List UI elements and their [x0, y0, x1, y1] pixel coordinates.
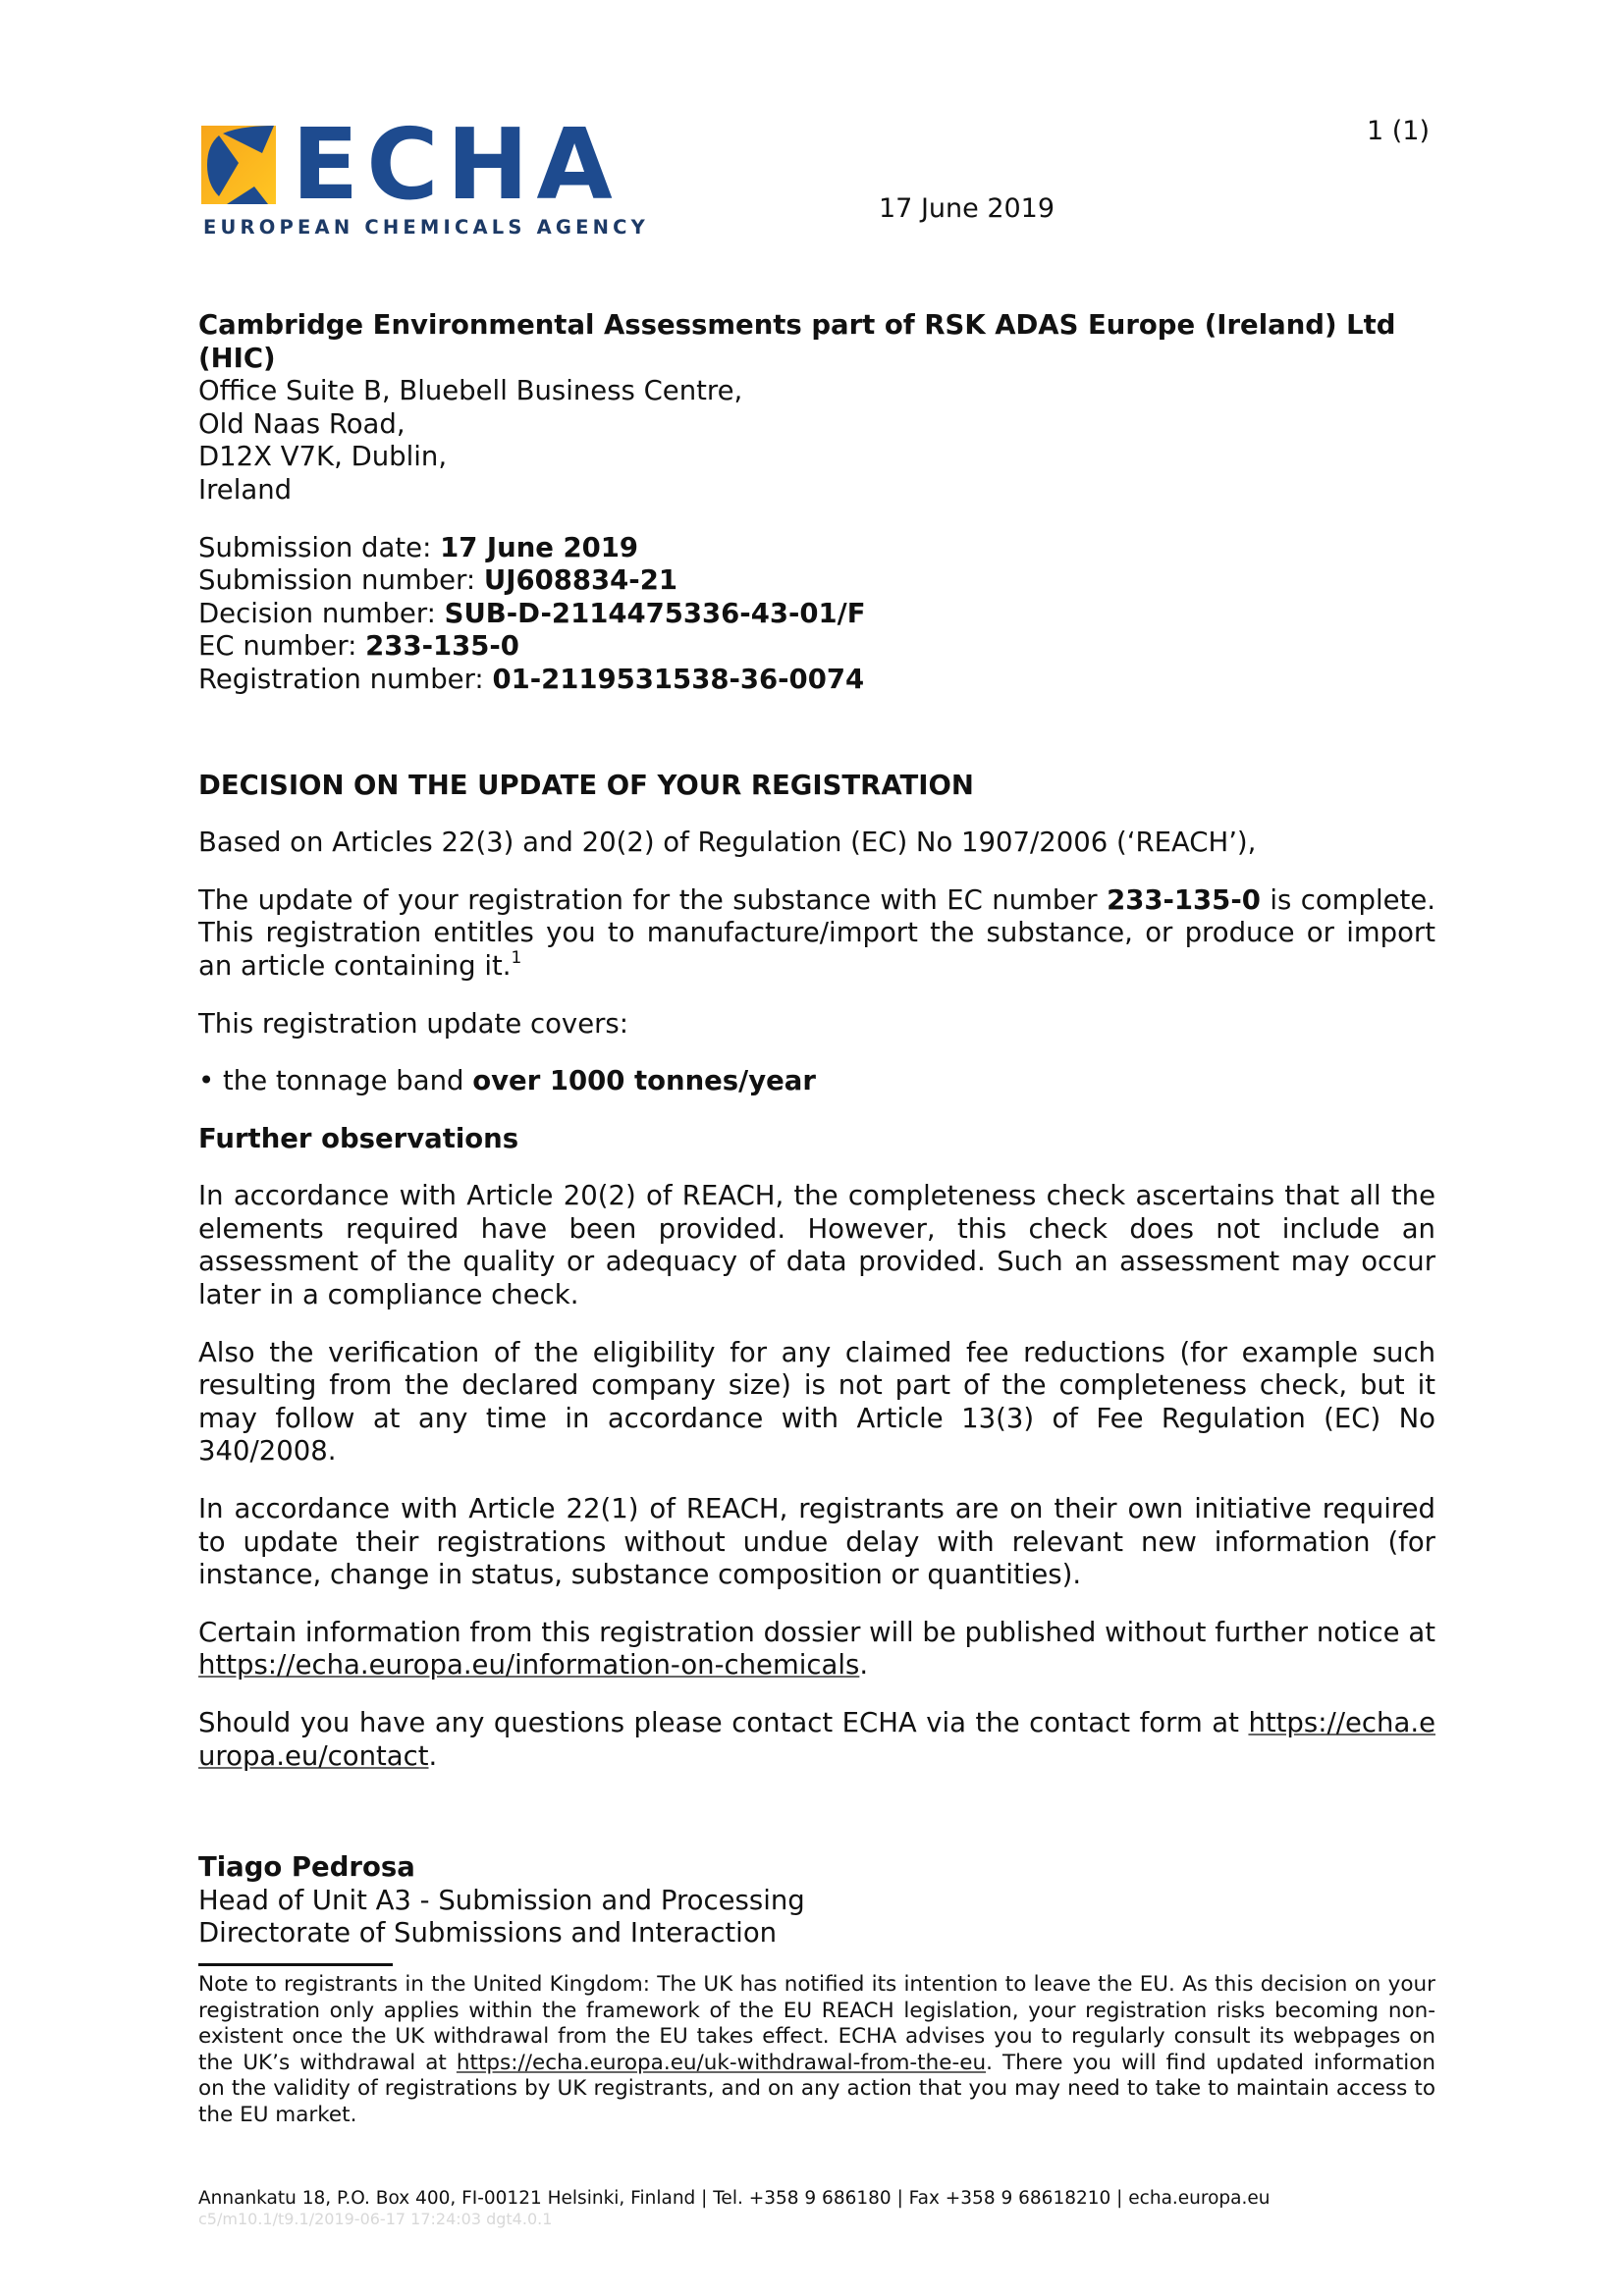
page-number: 1 (1): [1367, 116, 1430, 146]
detail-submission-number: Submission number: UJ608834-21: [198, 564, 1435, 598]
logo-subtitle: EUROPEAN CHEMICALS AGENCY: [203, 216, 649, 239]
address-line: D12X V7K, Dublin,: [198, 441, 1435, 474]
decision-title: DECISION ON THE UPDATE OF YOUR REGISTRAT…: [198, 770, 1435, 803]
detail-submission-date: Submission date: 17 June 2019: [198, 532, 1435, 565]
uk-withdrawal-link[interactable]: https://echa.europa.eu/uk-withdrawal-fro…: [457, 2051, 986, 2075]
footnote-reference[interactable]: 1: [512, 948, 522, 968]
covers-intro: This registration update covers:: [198, 1008, 1435, 1041]
observation-paragraph: In accordance with Article 22(1) of REAC…: [198, 1493, 1435, 1592]
footnote-uk: Note to registrants in the United Kingdo…: [198, 1972, 1435, 2129]
submission-details: Submission date: 17 June 2019 Submission…: [198, 532, 1435, 697]
address-line: Old Naas Road,: [198, 408, 1435, 442]
covers-item: • the tonnage band over 1000 tonnes/year: [198, 1065, 1435, 1098]
detail-registration-number: Registration number: 01-2119531538-36-00…: [198, 664, 1435, 697]
recipient-block: Cambridge Environmental Assessments part…: [198, 309, 1435, 507]
signatory-title: Head of Unit A3 - Submission and Process…: [198, 1885, 1435, 1918]
detail-decision-number: Decision number: SUB-D-2114475336-43-01/…: [198, 598, 1435, 631]
letter-content: Cambridge Environmental Assessments part…: [198, 309, 1435, 1950]
observations-heading: Further observations: [198, 1123, 1435, 1156]
observation-paragraph: Also the verification of the eligibility…: [198, 1337, 1435, 1468]
letter-date: 17 June 2019: [879, 193, 1055, 224]
address-line: Ireland: [198, 474, 1435, 507]
legal-basis: Based on Articles 22(3) and 20(2) of Reg…: [198, 827, 1435, 860]
signatory-directorate: Directorate of Submissions and Interacti…: [198, 1917, 1435, 1950]
signatory-name: Tiago Pedrosa: [198, 1851, 1435, 1885]
recipient-name: Cambridge Environmental Assessments part…: [198, 309, 1435, 375]
completion-statement: The update of your registration for the …: [198, 884, 1435, 984]
detail-ec-number: EC number: 233-135-0: [198, 630, 1435, 664]
publication-paragraph: Certain information from this registrati…: [198, 1617, 1435, 1682]
address-line: Office Suite B, Bluebell Business Centre…: [198, 375, 1435, 408]
information-on-chemicals-link[interactable]: https://echa.europa.eu/information-on-ch…: [198, 1649, 859, 1681]
echa-star-logo-icon: [201, 126, 276, 204]
signature-block: Tiago Pedrosa Head of Unit A3 - Submissi…: [198, 1851, 1435, 1950]
footer-address: Annankatu 18, P.O. Box 400, FI-00121 Hel…: [198, 2188, 1270, 2209]
contact-paragraph: Should you have any questions please con…: [198, 1707, 1435, 1773]
echa-logo: ECHA EUROPEAN CHEMICALS AGENCY: [201, 126, 648, 241]
logo-wordmark: ECHA: [292, 114, 621, 216]
observation-paragraph: In accordance with Article 20(2) of REAC…: [198, 1180, 1435, 1311]
footnote-divider: [198, 1963, 393, 1966]
footer-meta: c5/m10.1/t9.1/2019-06-17 17:24:03 dgt4.0…: [198, 2210, 552, 2228]
bullet-icon: •: [198, 1065, 214, 1096]
